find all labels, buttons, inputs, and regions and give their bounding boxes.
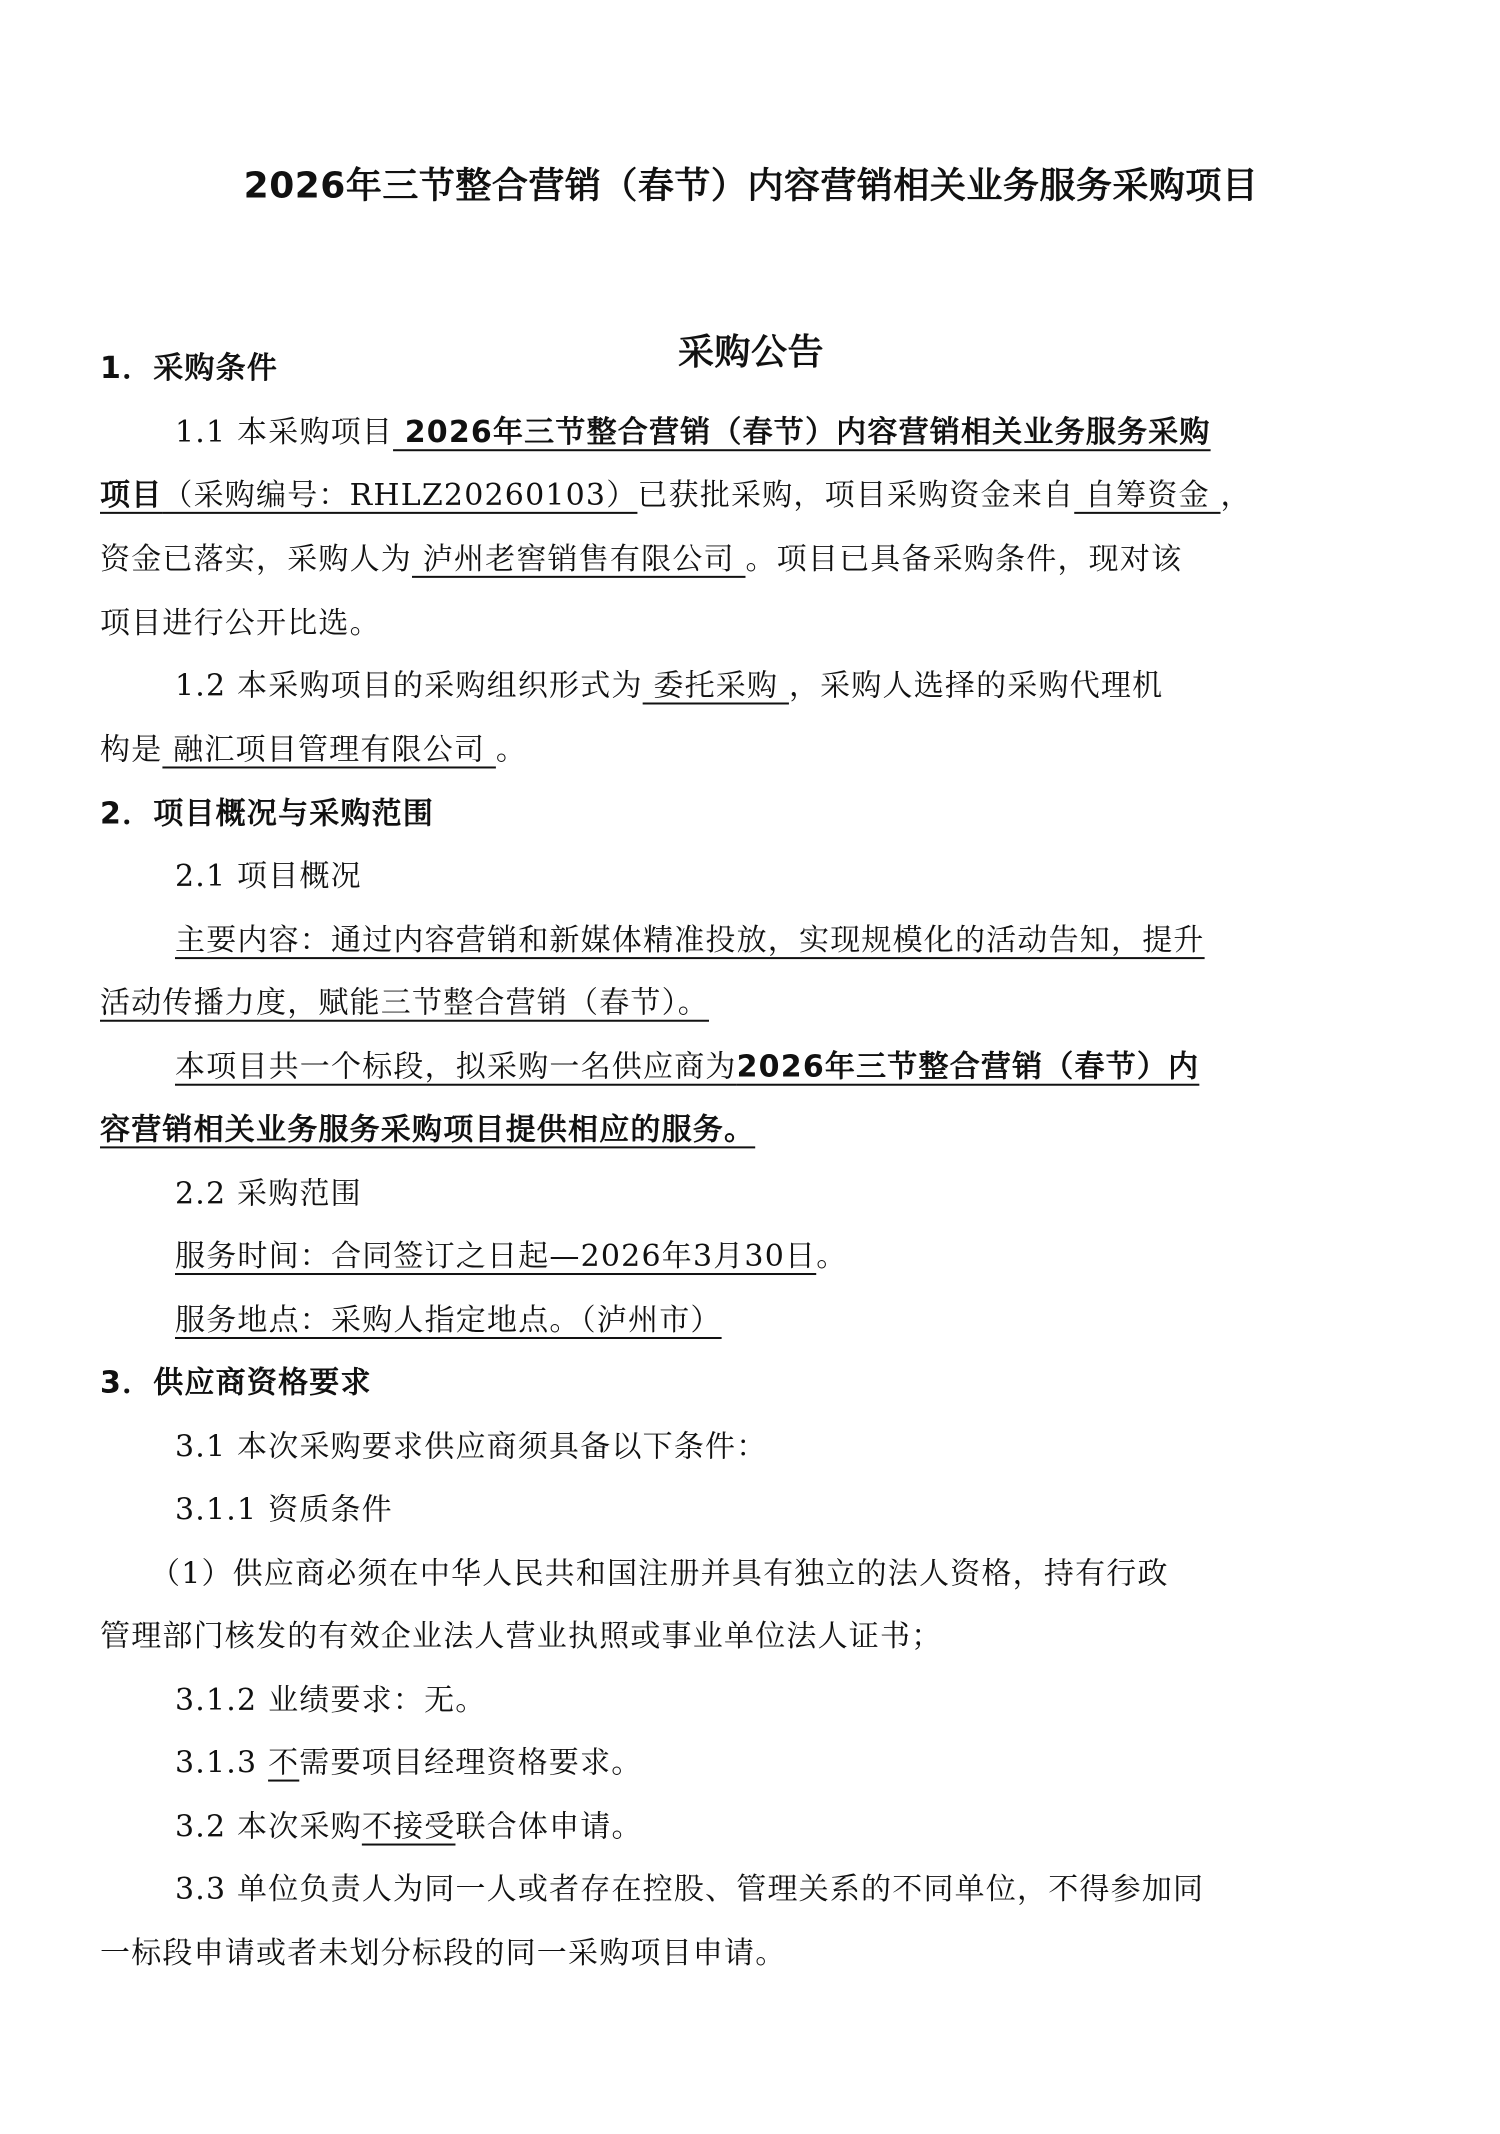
procurement-form: 委托采购: [643, 668, 789, 703]
lot-text: 本项目共一个标段，拟采购一名供应商为: [175, 1050, 737, 1085]
section-2-heading: 2．项目概况与采购范围: [100, 794, 1402, 834]
paragraph-1-1-line-2: 项目（采购编号：RHLZ20260103）已获批采购，项目采购资金来自 自筹资金…: [100, 476, 1402, 516]
paragraph-3-1-1: 3.1.1 资质条件: [100, 1490, 1477, 1530]
paragraph-3-3-line-1: 3.3 单位负责人为同一人或者存在控股、管理关系的不同单位，不得参加同: [100, 1870, 1477, 1910]
document-title: 2026年三节整合营销（春节）内容营销相关业务服务采购项目: [100, 157, 1402, 208]
subsection-2-1: 2.1 项目概况: [100, 857, 1477, 897]
project-name-end: 项目: [100, 478, 162, 513]
service-place-text: 服务地点：采购人指定地点。（泸州市）: [175, 1303, 722, 1338]
underlined-text: 不: [268, 1746, 299, 1781]
main-content-line-2: 活动传播力度，赋能三节整合营销（春节）。: [100, 984, 1402, 1024]
service-time-text: 服务时间：合同签订之日起—2026年3月30日: [175, 1239, 816, 1274]
fund-source: 自筹资金: [1074, 478, 1220, 513]
lot-text: 容营销相关业务服务采购项目提供相应的服务。: [100, 1112, 755, 1147]
underlined-text: 不接受: [362, 1810, 456, 1845]
project-name: 2026年三节整合营销（春节）内容营销相关业务服务采购: [393, 415, 1211, 450]
paragraph-1-1-line-3: 资金已落实，采购人为 泸州老窖销售有限公司 。项目已具备采购条件，现对该: [100, 540, 1402, 580]
static-text: ，: [1221, 478, 1252, 513]
lot-description-line-1: 本项目共一个标段，拟采购一名供应商为2026年三节整合营销（春节）内: [100, 1048, 1477, 1088]
paragraph-3-2: 3.2 本次采购不接受联合体申请。: [100, 1808, 1477, 1848]
static-text: 联合体申请。: [455, 1810, 642, 1845]
static-text: 构是: [100, 732, 162, 767]
service-time: 服务时间：合同签订之日起—2026年3月30日。: [100, 1237, 1477, 1277]
qualification-item-1-line-2: 管理部门核发的有效企业法人营业执照或事业单位法人证书；: [100, 1617, 1402, 1657]
agency-name: 融汇项目管理有限公司: [162, 732, 495, 767]
paragraph-1-2-line-1: 1.2 本采购项目的采购组织形式为 委托采购 ，采购人选择的采购代理机: [100, 667, 1477, 707]
paragraph-1-1-line-4: 项目进行公开比选。: [100, 604, 1402, 644]
static-text: 3.2 本次采购: [175, 1810, 362, 1845]
qualification-item-1-line-1: （1）供应商必须在中华人民共和国注册并具有独立的法人资格，持有行政: [100, 1554, 1452, 1594]
static-text: 1.2 本采购项目的采购组织形式为: [175, 668, 643, 703]
section-3-heading: 3．供应商资格要求: [100, 1364, 1402, 1404]
paragraph-3-3-line-2: 一标段申请或者未划分标段的同一采购项目申请。: [100, 1934, 1402, 1974]
static-text: 资金已落实，采购人为: [100, 542, 412, 577]
static-text: 。: [496, 732, 527, 767]
project-code: （采购编号：RHLZ20260103）: [162, 478, 637, 513]
paragraph-3-1-3: 3.1.3 不需要项目经理资格要求。: [100, 1744, 1477, 1784]
static-text: ，采购人选择的采购代理机: [789, 668, 1163, 703]
static-text: 。项目已具备采购条件，现对该: [745, 542, 1182, 577]
subsection-2-2: 2.2 采购范围: [100, 1174, 1477, 1214]
paragraph-3-1: 3.1 本次采购要求供应商须具备以下条件：: [100, 1428, 1477, 1468]
static-text: 。: [816, 1239, 847, 1274]
section-1-heading: 1．采购条件: [100, 349, 1402, 389]
static-text: 3.1.3: [175, 1746, 268, 1781]
lot-description-line-2: 容营销相关业务服务采购项目提供相应的服务。: [100, 1110, 1402, 1150]
paragraph-1-1-prefix: 1.1 本采购项目: [175, 415, 393, 450]
service-place: 服务地点：采购人指定地点。（泸州市）: [100, 1301, 1477, 1341]
main-content-line-1: 主要内容：通过内容营销和新媒体精准投放，实现规模化的活动告知，提升: [100, 921, 1477, 961]
main-content-text: 主要内容：通过内容营销和新媒体精准投放，实现规模化的活动告知，提升: [175, 923, 1205, 958]
purchaser-name: 泸州老窖销售有限公司: [412, 542, 745, 577]
paragraph-3-1-2: 3.1.2 业绩要求：无。: [100, 1681, 1477, 1721]
static-text: 需要项目经理资格要求。: [299, 1746, 642, 1781]
paragraph-1-1-line-1: 1.1 本采购项目 2026年三节整合营销（春节）内容营销相关业务服务采购: [100, 413, 1477, 453]
paragraph-1-2-line-2: 构是 融汇项目管理有限公司 。: [100, 730, 1402, 770]
main-content-text: 活动传播力度，赋能三节整合营销（春节）。: [100, 986, 709, 1021]
static-text: 已获批采购，项目采购资金来自: [637, 478, 1074, 513]
lot-project-name: 2026年三节整合营销（春节）内: [737, 1050, 1200, 1085]
